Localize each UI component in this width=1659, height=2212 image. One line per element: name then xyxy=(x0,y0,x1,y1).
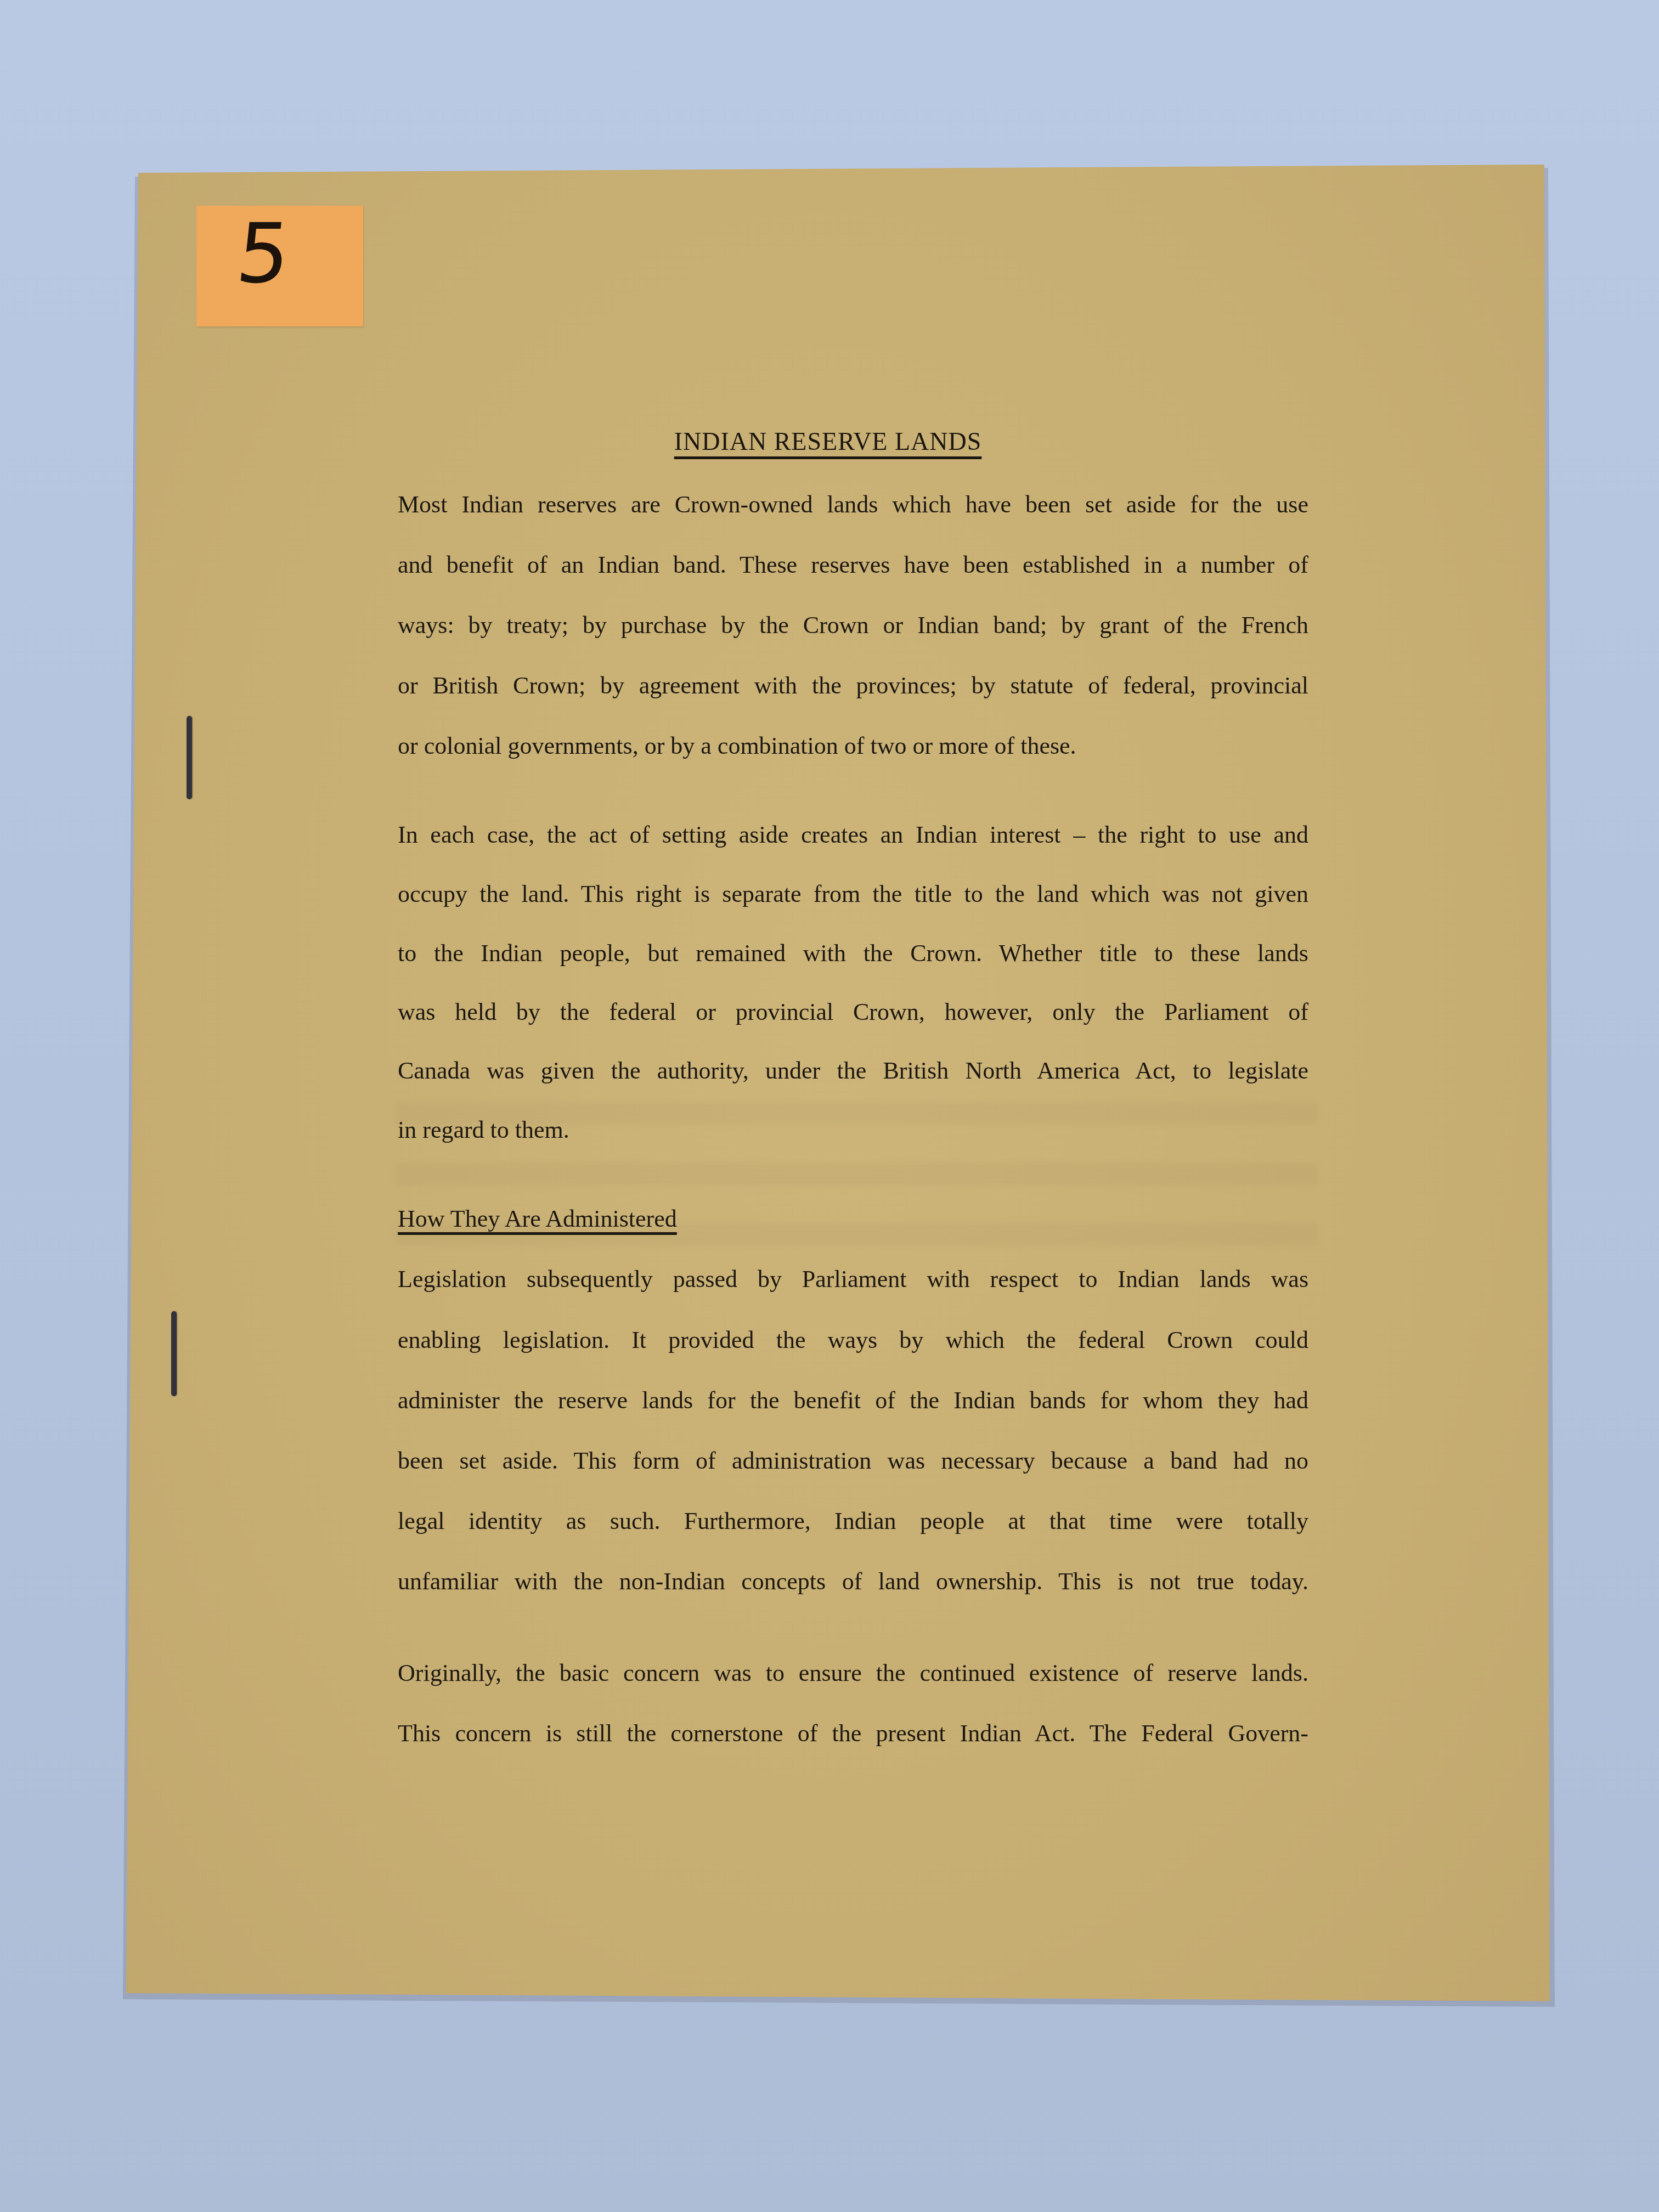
text-line: in regard to them. xyxy=(398,1114,1308,1147)
document-title: INDIAN RESERVE LANDS xyxy=(0,427,1657,456)
document-page: 5 INDIAN RESERVE LANDS Most Indian reser… xyxy=(0,0,1659,2212)
text-line: legal identity as such. Furthermore, Ind… xyxy=(398,1505,1308,1538)
text-line: This concern is still the cornerstone of… xyxy=(398,1717,1308,1750)
sticky-note: 5 xyxy=(196,206,363,326)
text-line: administer the reserve lands for the ben… xyxy=(398,1384,1308,1417)
text-line: or British Crown; by agreement with the … xyxy=(398,669,1308,702)
text-line: unfamiliar with the non-Indian concepts … xyxy=(398,1565,1308,1598)
text-line: Most Indian reserves are Crown-owned lan… xyxy=(398,488,1308,521)
sticky-note-number: 5 xyxy=(173,194,353,314)
text-line: Legislation subsequently passed by Parli… xyxy=(398,1263,1308,1296)
show-through xyxy=(395,1163,1317,1185)
text-line: Canada was given the authority, under th… xyxy=(398,1054,1308,1087)
staple-icon xyxy=(187,716,192,799)
text-line: to the Indian people, but remained with … xyxy=(398,937,1308,970)
text-line: Originally, the basic concern was to ens… xyxy=(398,1657,1308,1690)
text-line: ways: by treaty; by purchase by the Crow… xyxy=(398,609,1308,642)
text-line: and benefit of an Indian band. These res… xyxy=(398,549,1308,582)
text-line: enabling legislation. It provided the wa… xyxy=(398,1324,1308,1357)
staple-icon xyxy=(171,1311,177,1396)
text-line: occupy the land. This right is separate … xyxy=(398,878,1308,911)
text-line: In each case, the act of setting aside c… xyxy=(398,819,1308,851)
text-line: or colonial governments, or by a combina… xyxy=(398,730,1308,763)
text-line: was held by the federal or provincial Cr… xyxy=(398,996,1308,1029)
text-line: been set aside. This form of administrat… xyxy=(398,1444,1308,1477)
section-heading: How They Are Administered xyxy=(398,1203,677,1235)
